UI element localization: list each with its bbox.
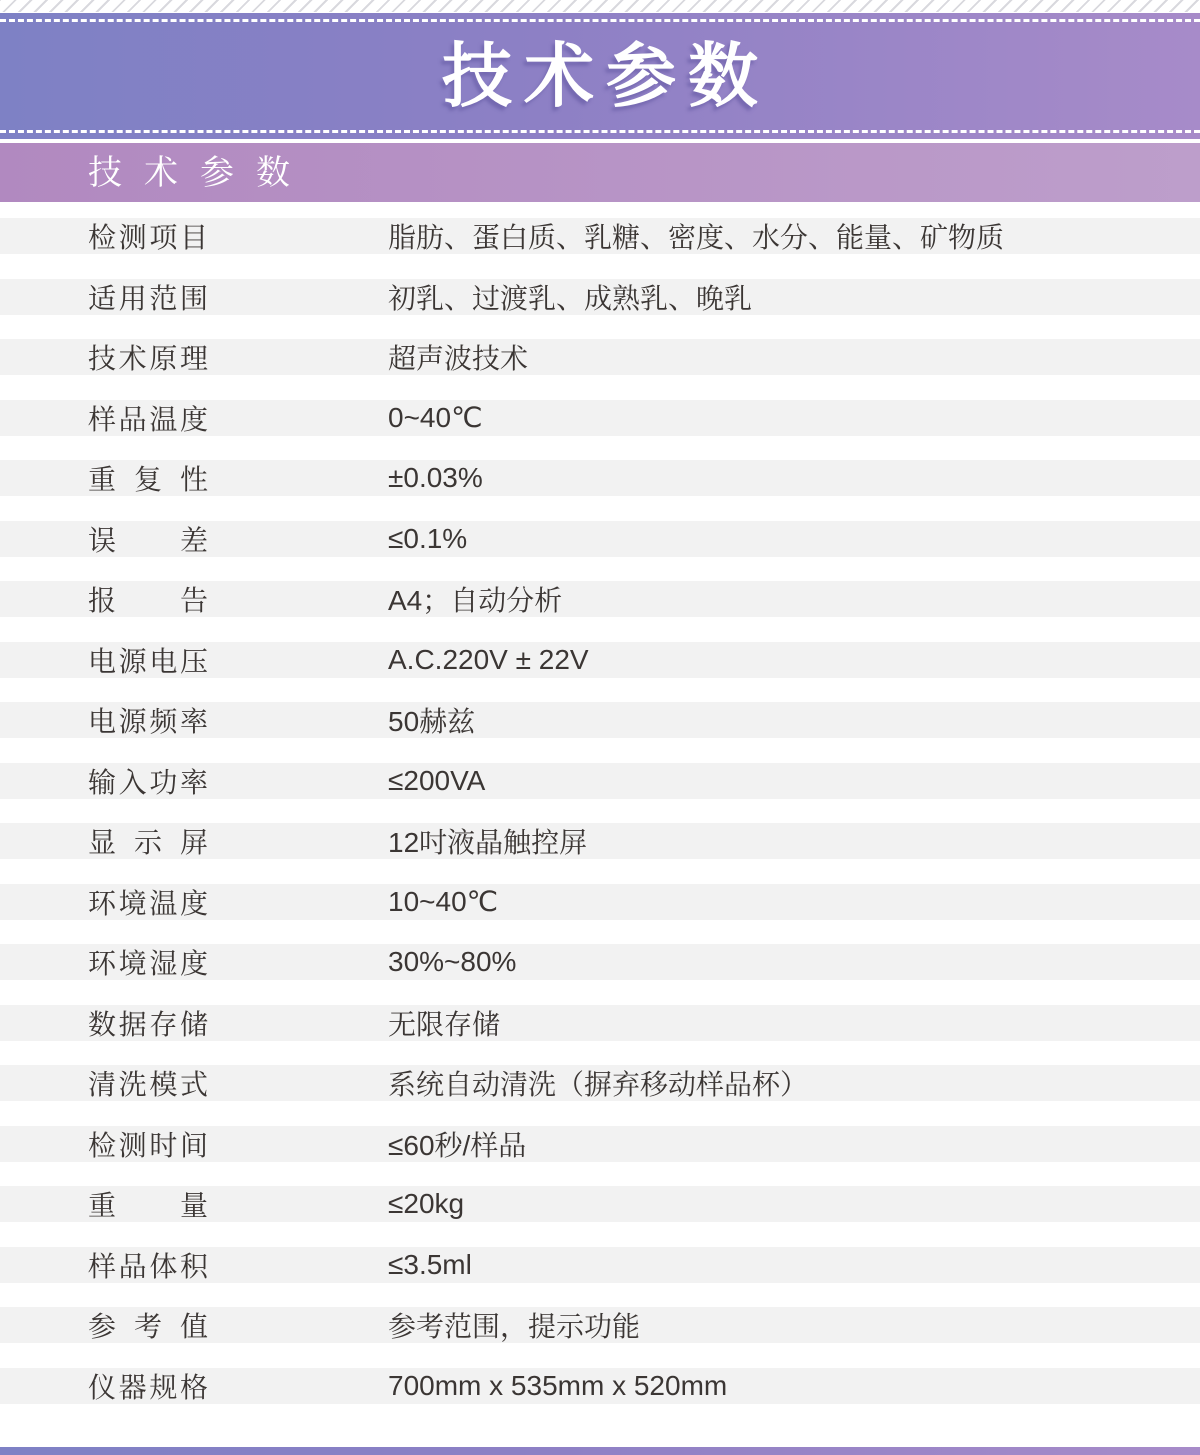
row-label: 检测项目 (88, 216, 208, 256)
table-row: 误差 ≤0.1% (0, 521, 1200, 557)
row-value: 初乳、过渡乳、成熟乳、晚乳 (388, 277, 752, 317)
section-header-bar: 技术参数 (0, 143, 1200, 202)
row-label: 重复性 (88, 458, 208, 498)
row-label: 显示屏 (88, 821, 208, 861)
row-value: 700mm x 535mm x 520mm (388, 1370, 727, 1402)
table-row: 清洗模式 系统自动清洗（摒弃移动样品杯） (0, 1065, 1200, 1101)
table-row: 参考值 参考范围，提示功能 (0, 1307, 1200, 1343)
row-label: 技术原理 (88, 337, 208, 377)
row-label: 电源电压 (88, 640, 208, 680)
table-row: 环境湿度 30%~80% (0, 944, 1200, 980)
row-value: 0~40℃ (388, 401, 483, 434)
row-label: 报告 (88, 579, 208, 619)
row-label: 检测时间 (88, 1124, 208, 1164)
row-value: ≤3.5ml (388, 1249, 472, 1281)
top-stripe-divider (0, 0, 1200, 12)
row-value: 脂肪、蛋白质、乳糖、密度、水分、能量、矿物质 (388, 216, 1004, 256)
row-label: 清洗模式 (88, 1063, 208, 1103)
spec-table: 检测项目 脂肪、蛋白质、乳糖、密度、水分、能量、矿物质 适用范围 初乳、过渡乳、… (0, 218, 1200, 1404)
section-title: 技术参数 (88, 156, 312, 190)
bottom-gradient-divider (0, 1447, 1200, 1455)
row-label: 仪器规格 (88, 1366, 208, 1406)
row-label: 环境温度 (88, 882, 208, 922)
row-value: ≤200VA (388, 765, 485, 797)
row-value: ≤20kg (388, 1188, 464, 1220)
row-value: ±0.03% (388, 462, 483, 494)
row-value: 10~40℃ (388, 885, 498, 918)
row-label: 参考值 (88, 1305, 208, 1345)
table-row: 检测项目 脂肪、蛋白质、乳糖、密度、水分、能量、矿物质 (0, 218, 1200, 254)
row-label: 误差 (88, 519, 208, 559)
row-label: 环境湿度 (88, 942, 208, 982)
table-row: 检测时间 ≤60秒/样品 (0, 1126, 1200, 1162)
main-banner: 技术参数 (0, 13, 1200, 139)
table-row: 显示屏 12吋液晶触控屏 (0, 823, 1200, 859)
table-row: 技术原理 超声波技术 (0, 339, 1200, 375)
table-row: 电源电压 A.C.220V ± 22V (0, 642, 1200, 678)
page-title: 技术参数 (442, 41, 770, 111)
row-value: 无限存储 (388, 1003, 500, 1043)
table-row: 输入功率 ≤200VA (0, 763, 1200, 799)
row-label: 数据存储 (88, 1003, 208, 1043)
row-label: 重量 (88, 1184, 208, 1224)
table-row: 仪器规格 700mm x 535mm x 520mm (0, 1368, 1200, 1404)
row-value: 50赫兹 (388, 700, 475, 740)
row-label: 样品温度 (88, 398, 208, 438)
row-label: 输入功率 (88, 761, 208, 801)
table-row: 重量 ≤20kg (0, 1186, 1200, 1222)
row-label: 样品体积 (88, 1245, 208, 1285)
row-value: A4；自动分析 (388, 579, 562, 619)
table-row: 数据存储 无限存储 (0, 1005, 1200, 1041)
table-row: 重复性 ±0.03% (0, 460, 1200, 496)
table-row: 环境温度 10~40℃ (0, 884, 1200, 920)
row-label: 电源频率 (88, 700, 208, 740)
table-row: 电源频率 50赫兹 (0, 702, 1200, 738)
table-row: 适用范围 初乳、过渡乳、成熟乳、晚乳 (0, 279, 1200, 315)
row-value: 12吋液晶触控屏 (388, 821, 587, 861)
row-label: 适用范围 (88, 277, 208, 317)
table-row: 报告 A4；自动分析 (0, 581, 1200, 617)
row-value: 30%~80% (388, 946, 516, 978)
table-row: 样品温度 0~40℃ (0, 400, 1200, 436)
table-row: 样品体积 ≤3.5ml (0, 1247, 1200, 1283)
row-value: ≤60秒/样品 (388, 1124, 526, 1164)
row-value: 超声波技术 (388, 337, 528, 377)
row-value: 系统自动清洗（摒弃移动样品杯） (388, 1063, 808, 1103)
row-value: ≤0.1% (388, 523, 467, 555)
row-value: A.C.220V ± 22V (388, 644, 589, 676)
row-value: 参考范围，提示功能 (388, 1305, 640, 1345)
